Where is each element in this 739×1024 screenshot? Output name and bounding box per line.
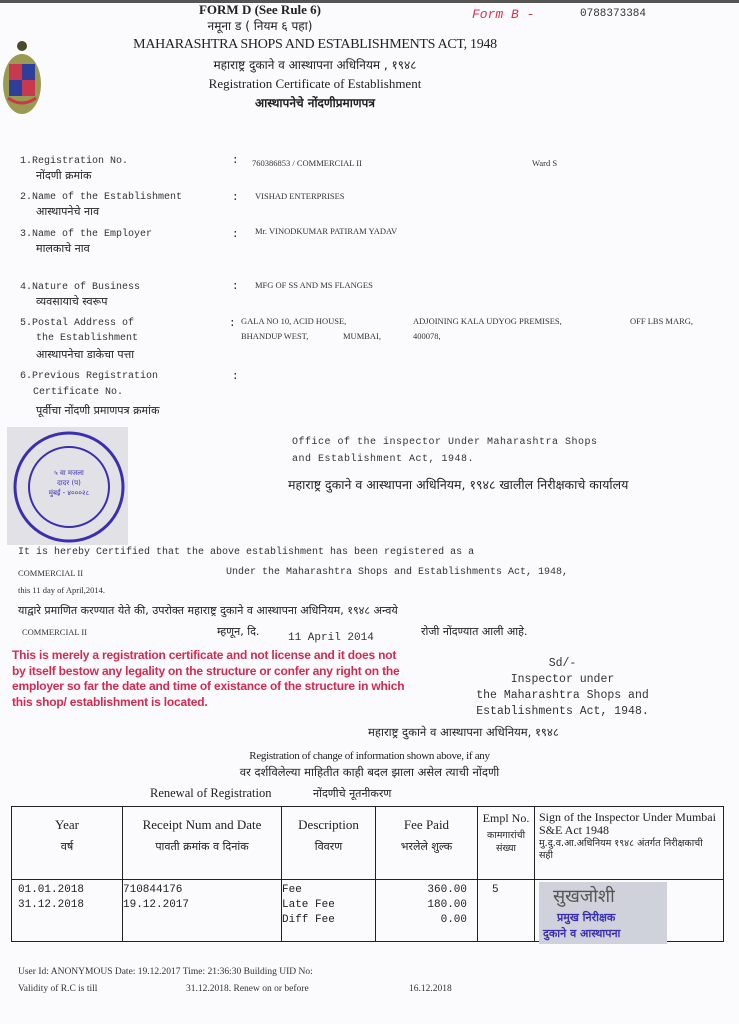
- field-registration-label-marathi: नोंदणी क्रमांक: [36, 168, 91, 183]
- svg-text:दादर (प): दादर (प): [57, 479, 81, 487]
- renewal-title-marathi: नोंदणीचे नूतनीकरण: [313, 786, 391, 801]
- change-title-marathi: वर दर्शविलेल्या माहितीत काही बदल झाला अस…: [0, 765, 739, 780]
- act-title: MAHARASHTRA SHOPS AND ESTABLISHMENTS ACT…: [0, 37, 630, 53]
- field-colon: :: [232, 281, 239, 293]
- office-line1: Office of the inspector Under Maharashtr…: [292, 437, 598, 448]
- cell-description: Fee Late Fee Diff Fee: [282, 880, 376, 942]
- table-header-row: Year वर्ष Receipt Num and Date पावती क्र…: [12, 807, 724, 880]
- field-address-label-line2: the Establishment: [36, 333, 138, 344]
- address-line1-part3: OFF LBS MARG,: [630, 316, 693, 326]
- column-header-fee: Fee Paid भरलेले शुल्क: [376, 807, 478, 880]
- certification-marathi-mhanun: म्हणून, दि.: [217, 624, 259, 639]
- cell-year: 01.01.2018 31.12.2018: [12, 880, 123, 942]
- field-address-label: 5.Postal Address of: [20, 318, 134, 329]
- field-colon: :: [232, 155, 239, 167]
- registration-date: 11 April 2014: [288, 632, 374, 644]
- employer-name-value: Mr. VINODKUMAR PATIRAM YADAV: [255, 226, 397, 236]
- field-registration-label: 1.Registration No.: [20, 156, 128, 167]
- form-title-marathi: नमूना ड ( नियम ६ पहा): [0, 17, 520, 34]
- field-previous-label-line2: Certificate No.: [33, 387, 123, 398]
- address-line2-part2: MUMBAI,: [343, 331, 381, 341]
- svg-text:मुंबई - ४०००२८: मुंबई - ४०००२८: [49, 488, 90, 497]
- business-nature-value: MFG OF SS AND MS FLANGES: [255, 280, 373, 290]
- field-colon: :: [232, 371, 239, 383]
- certificate-title-marathi: आस्थापनेचे नोंदणीप्रमाणपत्र: [0, 94, 630, 111]
- cell-fee: 360.00 180.00 0.00: [376, 880, 478, 942]
- ward-value: Ward S: [532, 158, 557, 168]
- field-colon: :: [232, 229, 239, 241]
- act-footer-marathi: महाराष्ट्र दुकाने व आस्थापना अधिनियम, १९…: [368, 725, 559, 740]
- field-colon: :: [229, 318, 236, 330]
- column-header-sign: Sign of the Inspector Under Mumbai S&E A…: [535, 807, 724, 880]
- field-employer-label: 3.Name of the Employer: [20, 229, 152, 240]
- inspector-signature-stamp: सुखजोशी प्रमुख निरीक्षक दुकाने व आस्थापन…: [539, 882, 667, 944]
- field-previous-label-marathi: पूर्वीचा नोंदणी प्रमाणपत्र क्रमांक: [36, 403, 159, 418]
- field-employer-label-marathi: मालकाचे नाव: [36, 241, 90, 256]
- cell-empl: 5: [478, 880, 535, 942]
- inspector-line1: Inspector under: [440, 673, 685, 686]
- inspector-line2: the Maharashtra Shops and: [440, 689, 685, 702]
- validity-label: Validity of R.C is till: [18, 984, 97, 994]
- disclaimer-text: This is merely a registration certificat…: [12, 648, 407, 710]
- field-colon: :: [232, 192, 239, 204]
- field-previous-label: 6.Previous Registration: [20, 371, 158, 382]
- establishment-name-value: VISHAD ENTERPRISES: [255, 191, 345, 201]
- form-title: FORM D (See Rule 6): [0, 2, 520, 18]
- act-title-marathi: महाराष्ट्र दुकाने व आस्थापना अधिनियम , १…: [0, 56, 630, 73]
- certificate-title: Registration Certificate of Establishmen…: [0, 76, 630, 92]
- svg-text:५ वा मजला: ५ वा मजला: [54, 469, 84, 477]
- column-header-description: Description विवरण: [282, 807, 376, 880]
- field-business-label: 4.Nature of Business: [20, 282, 140, 293]
- field-business-label-marathi: व्यवसायाचे स्वरूप: [36, 294, 107, 309]
- address-line2-part3: 400078,: [413, 331, 441, 341]
- certification-marathi-end: रोजी नोंदण्यात आली आहे.: [421, 624, 528, 639]
- column-header-year: Year वर्ष: [12, 807, 123, 880]
- office-seal-stamp: ५ वा मजला दादर (प) मुंबई - ४०००२८: [7, 427, 128, 545]
- column-header-empl: Empl No. कामगारांची संख्या: [478, 807, 535, 880]
- certification-category: COMMERCIAL II: [18, 568, 83, 578]
- field-address-label-marathi: आस्थापनेचा डाकेचा पत्ता: [36, 347, 134, 362]
- change-title: Registration of change of information sh…: [0, 750, 739, 762]
- certification-marathi-line1: याद्वारे प्रमाणित करण्यात येते की, उपरोक…: [18, 603, 398, 618]
- certification-line3: this 11 day of April,2014.: [18, 585, 105, 595]
- address-line1-part2: ADJOINING KALA UDYOG PREMISES,: [413, 316, 562, 326]
- inspector-line3: Establishments Act, 1948.: [440, 705, 685, 718]
- column-header-receipt: Receipt Num and Date पावती क्रमांक व दिन…: [123, 807, 282, 880]
- validity-date: 31.12.2018. Renew on or before: [186, 984, 309, 994]
- renewal-title: Renewal of Registration: [150, 786, 272, 801]
- form-number: 0788373384: [580, 8, 646, 20]
- field-establishment-label: 2.Name of the Establishment: [20, 192, 182, 203]
- inspector-sd: Sd/-: [440, 657, 685, 670]
- address-line1-part1: GALA NO 10, ACID HOUSE,: [241, 316, 346, 326]
- field-establishment-label-marathi: आस्थापनेचे नाव: [36, 204, 99, 219]
- office-line2: and Establishment Act, 1948.: [292, 454, 474, 465]
- certification-marathi-category: COMMERCIAL II: [22, 627, 87, 637]
- user-info-line: User Id: ANONYMOUS Date: 19.12.2017 Time…: [18, 967, 313, 977]
- certification-line2: Under the Maharashtra Shops and Establis…: [226, 567, 568, 578]
- office-line-marathi: महाराष्ट्र दुकाने व आस्थापना अधिनियम, १९…: [288, 476, 628, 493]
- form-b-label: Form B -: [472, 7, 534, 22]
- renew-before-date: 16.12.2018: [409, 984, 452, 994]
- certification-line1: It is hereby Certified that the above es…: [18, 547, 474, 558]
- cell-receipt: 710844176 19.12.2017: [123, 880, 282, 942]
- registration-number-value: 760386853 / COMMERCIAL II: [252, 158, 362, 168]
- address-line2-part1: BHANDUP WEST,: [241, 331, 308, 341]
